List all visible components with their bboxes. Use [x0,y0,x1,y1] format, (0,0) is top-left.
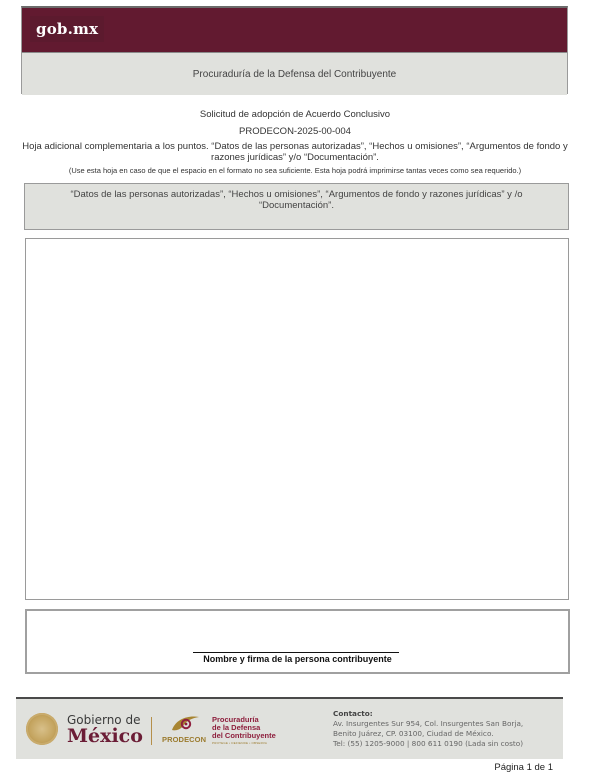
signature-label: Nombre y firma de la persona contribuyen… [27,654,568,664]
contact-info: Contacto: Av. Insurgentes Sur 954, Col. … [333,709,523,749]
page-header: gob.mx Procuraduría de la Defensa del Co… [21,6,568,94]
prodecon-title: Procuraduría de la Defensa del Contribuy… [212,716,276,740]
content-area[interactable] [25,238,569,600]
header-bar: gob.mx [22,8,567,52]
gobierno-line2: México [67,727,143,746]
prodecon-eye-icon [170,715,200,732]
document-title: Solicitud de adopción de Acuerdo Conclus… [20,108,570,121]
gobierno-mexico-logo: Gobierno de México [67,714,143,746]
prodecon-name: PRODECON [162,735,206,744]
signature-line[interactable] [193,652,399,653]
header-subtitle: Procuraduría de la Defensa del Contribuy… [22,52,567,95]
document-folio: PRODECON-2025-00-004 [20,125,570,138]
page-number: Página 1 de 1 [494,762,553,773]
section-heading: “Datos de las personas autorizadas”, “He… [24,183,569,230]
document-intro: Solicitud de adopción de Acuerdo Conclus… [20,108,570,176]
national-seal-icon [26,713,58,745]
gobmx-logo[interactable]: gob.mx [30,16,104,42]
contact-title: Contacto: [333,709,523,719]
signature-box: Nombre y firma de la persona contribuyen… [25,609,570,674]
footer-divider [151,717,152,745]
contact-address-line: Benito Juárez, CP. 03100, Ciudad de Méxi… [333,729,523,739]
document-description: Hoja adicional complementaria a los punt… [20,141,570,163]
prodecon-title-line: del Contribuyente [212,732,276,740]
page-footer: Gobierno de México PRODECON Procuraduría… [16,697,563,759]
contact-phone-line: Tel: (55) 1205-9000 | 800 611 0190 (Lada… [333,739,523,749]
contact-address-line: Av. Insurgentes Sur 954, Col. Insurgente… [333,719,523,729]
document-note: (Use esta hoja en caso de que el espacio… [20,166,570,176]
prodecon-tagline: PROTEGE • DEFIENDE • OBSERVA [212,741,267,745]
